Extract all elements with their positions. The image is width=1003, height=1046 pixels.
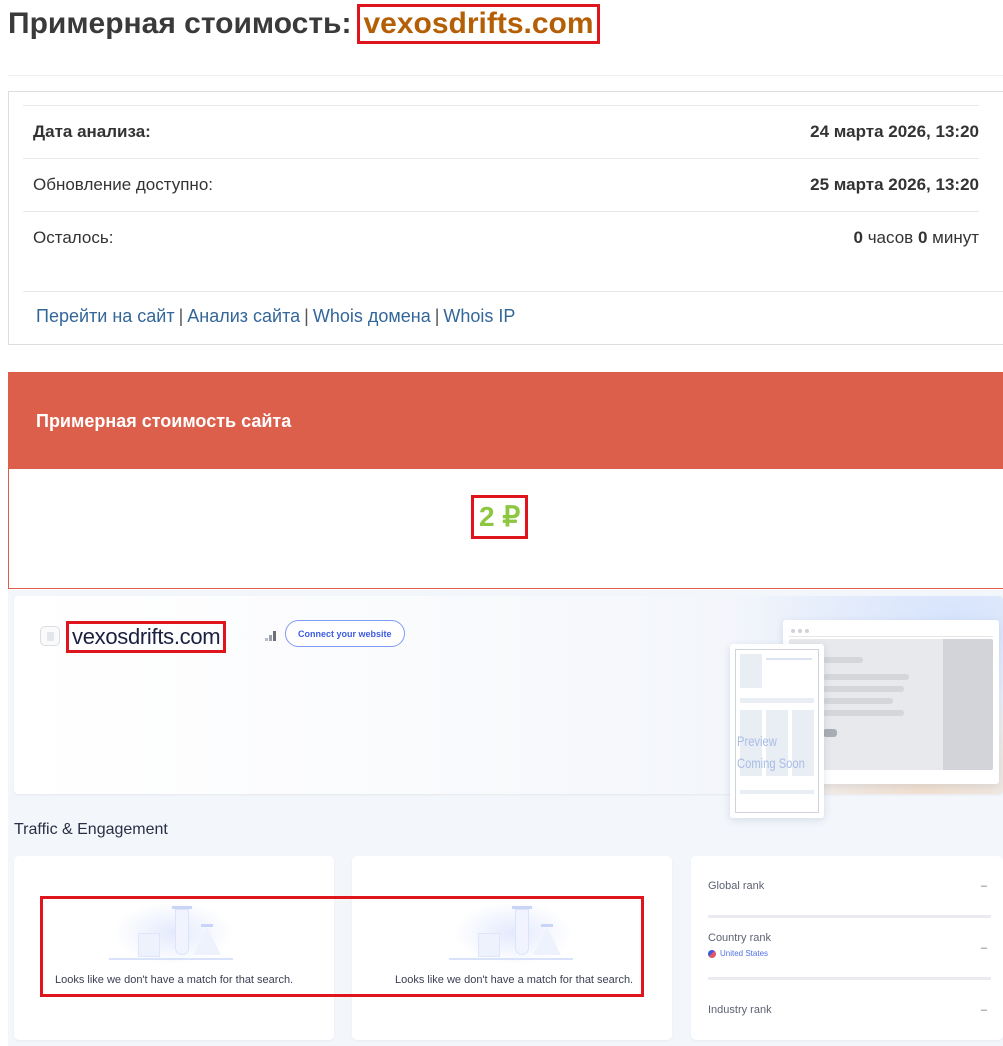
test-tube-icon (175, 909, 189, 955)
link-whois-domain[interactable]: Whois домена (313, 306, 431, 326)
traffic-engagement-title: Traffic & Engagement (14, 821, 168, 839)
site-cost-value: 2 ₽ (471, 495, 528, 539)
us-flag-icon (708, 950, 716, 958)
info-label: Осталось: (33, 228, 113, 248)
action-links: Перейти на сайт|Анализ сайта|Whois домен… (36, 306, 515, 327)
empty-state-1: Looks like we don't have a match for tha… (43, 899, 303, 994)
favicon-icon (40, 626, 60, 646)
rank-label: Country rank (708, 932, 771, 944)
rank-item-country: Country rank United States – (708, 918, 991, 980)
site-cost-body: 2 ₽ (9, 469, 1003, 589)
analysis-info-table: Дата анализа: 24 марта 2026, 13:20 Обнов… (23, 105, 979, 264)
preview-coming-soon-text: Preview Coming Soon (737, 730, 805, 774)
info-row-analysis-date: Дата анализа: 24 марта 2026, 13:20 (23, 105, 979, 158)
signal-bars-icon (265, 631, 277, 641)
no-match-highlight: Looks like we don't have a match for tha… (40, 896, 644, 997)
site-name: vexosdrifts.com (66, 621, 226, 653)
link-go-to-site[interactable]: Перейти на сайт (36, 306, 175, 326)
empty-state-message: Looks like we don't have a match for tha… (395, 974, 633, 986)
empty-state-message: Looks like we don't have a match for tha… (55, 974, 293, 986)
rank-value: – (981, 942, 987, 954)
site-cost-panel: Примерная стоимость сайта 2 ₽ (8, 372, 1003, 589)
beaker-icon (138, 933, 160, 957)
hours-value: 0 (854, 228, 863, 247)
info-label: Обновление доступно: (33, 175, 213, 195)
beaker-icon (478, 933, 500, 957)
mobile-preview-mockup: Preview Coming Soon (730, 644, 824, 818)
site-cost-heading: Примерная стоимость сайта (9, 373, 1003, 469)
country-selector[interactable]: United States (708, 949, 771, 958)
minutes-unit: минут (932, 228, 979, 247)
similarweb-embed: vexosdrifts.com Connect your website (8, 590, 1003, 1046)
rank-label: Global rank (708, 880, 764, 892)
rank-card: Global rank – Country rank United States… (691, 856, 1003, 1040)
link-separator: | (179, 306, 184, 326)
rank-list: Global rank – Country rank United States… (708, 856, 991, 1036)
info-value-remaining: 0 часов 0 минут (854, 228, 980, 248)
link-separator: | (435, 306, 440, 326)
flask-icon (193, 927, 221, 955)
rank-label: Industry rank (708, 1004, 772, 1016)
info-label: Дата анализа: (33, 122, 151, 142)
info-row-update-available: Обновление доступно: 25 марта 2026, 13:2… (23, 158, 979, 211)
site-overview-hero: vexosdrifts.com Connect your website (14, 596, 1003, 794)
test-tube-icon (515, 909, 529, 955)
rank-value: – (981, 880, 987, 892)
minutes-value: 0 (918, 228, 927, 247)
page-title: Примерная стоимость: vexosdrifts.com (8, 4, 600, 44)
rank-value: – (981, 1004, 987, 1016)
rank-item-global: Global rank – (708, 856, 991, 918)
page-title-prefix: Примерная стоимость: (8, 7, 351, 41)
empty-state-2: Looks like we don't have a match for tha… (383, 899, 643, 994)
link-whois-ip[interactable]: Whois IP (443, 306, 515, 326)
info-row-remaining: Осталось: 0 часов 0 минут (23, 211, 979, 264)
title-divider (8, 75, 1003, 76)
link-site-analysis[interactable]: Анализ сайта (187, 306, 300, 326)
rank-item-industry: Industry rank – (708, 980, 991, 1036)
analysis-info-card: Дата анализа: 24 марта 2026, 13:20 Обнов… (8, 91, 1003, 345)
page-title-domain: vexosdrifts.com (357, 4, 599, 44)
hours-unit: часов (868, 228, 914, 247)
links-divider (23, 291, 1003, 292)
link-separator: | (304, 306, 309, 326)
connect-website-button[interactable]: Connect your website (285, 620, 405, 647)
info-value: 24 марта 2026, 13:20 (810, 122, 979, 142)
info-value: 25 марта 2026, 13:20 (810, 175, 979, 195)
country-name: United States (720, 949, 768, 958)
flask-icon (533, 927, 561, 955)
